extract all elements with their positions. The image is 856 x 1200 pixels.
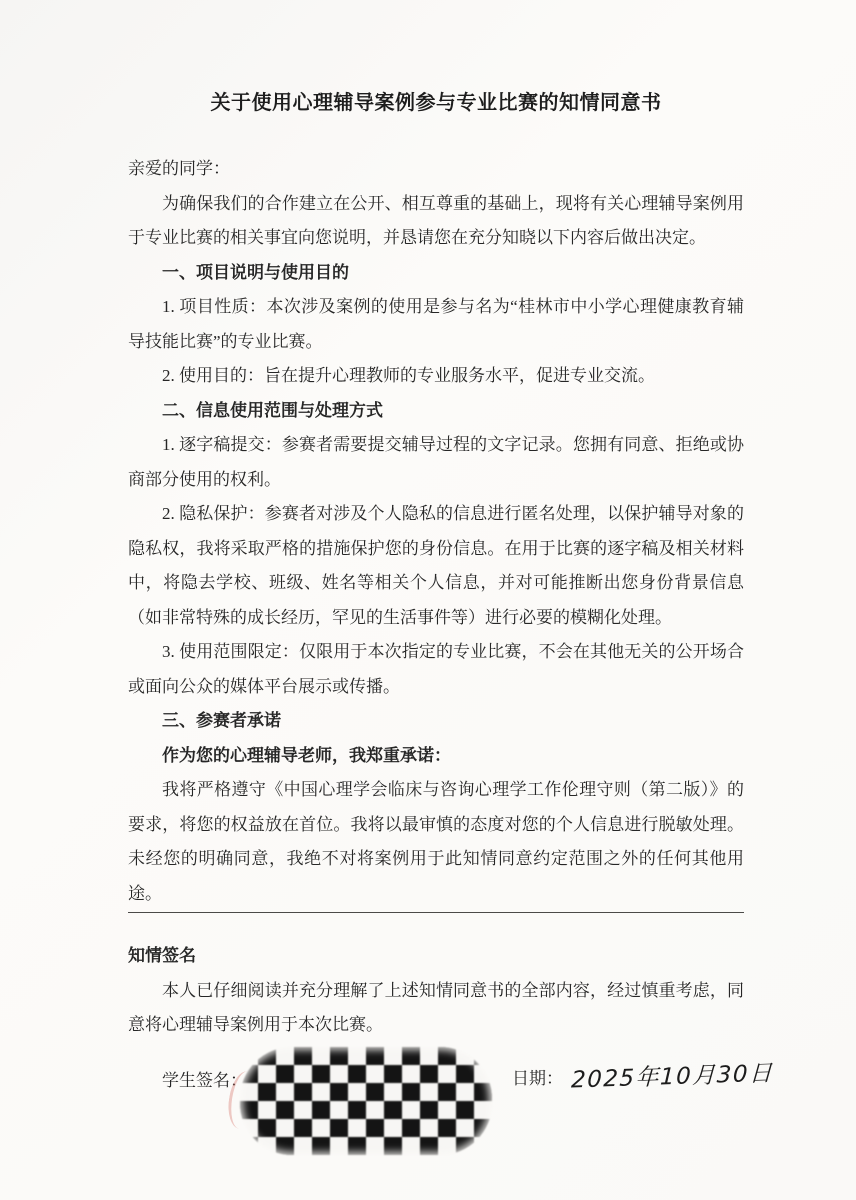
- section-1-item-2: 2. 使用目的：旨在提升心理教师的专业服务水平，促进专业交流。: [128, 359, 744, 394]
- section-1-heading: 一、项目说明与使用目的: [128, 256, 744, 291]
- section-2-item-1: 1. 逐字稿提交：参赛者需要提交辅导过程的文字记录。您拥有同意、拒绝或协商部分使…: [128, 428, 744, 497]
- intro-paragraph: 为确保我们的合作建立在公开、相互尊重的基础上，现将有关心理辅导案例用于专业比赛的…: [128, 187, 744, 256]
- section-1-item-1: 1. 项目性质：本次涉及案例的使用是参与名为“桂林市中小学心理健康教育辅导技能比…: [128, 290, 744, 359]
- signing-heading: 知情签名: [128, 939, 744, 974]
- promise-lead: 作为您的心理辅导老师，我郑重承诺：: [128, 739, 744, 774]
- salutation: 亲爱的同学：: [128, 152, 744, 187]
- signature-redaction-block: [240, 1047, 492, 1155]
- section-2-item-2: 2. 隐私保护：参赛者对涉及个人隐私的信息进行匿名处理，以保护辅导对象的隐私权，…: [128, 497, 744, 635]
- date-row: 日期： 2025年10月30日: [512, 1057, 774, 1097]
- date-label: 日期：: [512, 1057, 563, 1097]
- document-content: 关于使用心理辅导案例参与专业比赛的知情同意书 亲爱的同学： 为确保我们的合作建立…: [128, 0, 744, 1200]
- section-2-item-3: 3. 使用范围限定：仅限用于本次指定的专业比赛，不会在其他无关的公开场合或面向公…: [128, 635, 744, 704]
- promise-body: 我将严格遵守《中国心理学会临床与咨询心理学工作伦理守则（第二版）》的要求，将您的…: [128, 773, 744, 911]
- separator-line: [128, 912, 744, 913]
- signing-statement: 本人已仔细阅读并充分理解了上述知情同意书的全部内容，经过慎重考虑，同意将心理辅导…: [128, 974, 744, 1043]
- section-3-heading: 三、参赛者承诺: [128, 704, 744, 739]
- document-sheet: 关于使用心理辅导案例参与专业比赛的知情同意书 亲爱的同学： 为确保我们的合作建立…: [0, 0, 856, 1200]
- section-2-heading: 二、信息使用范围与处理方式: [128, 394, 744, 429]
- signature-area: 学生签名： 日期： 2025年10月30日: [128, 1043, 744, 1200]
- date-value-handwritten: 2025年10月30日: [570, 1053, 774, 1100]
- document-title: 关于使用心理辅导案例参与专业比赛的知情同意书: [128, 88, 744, 118]
